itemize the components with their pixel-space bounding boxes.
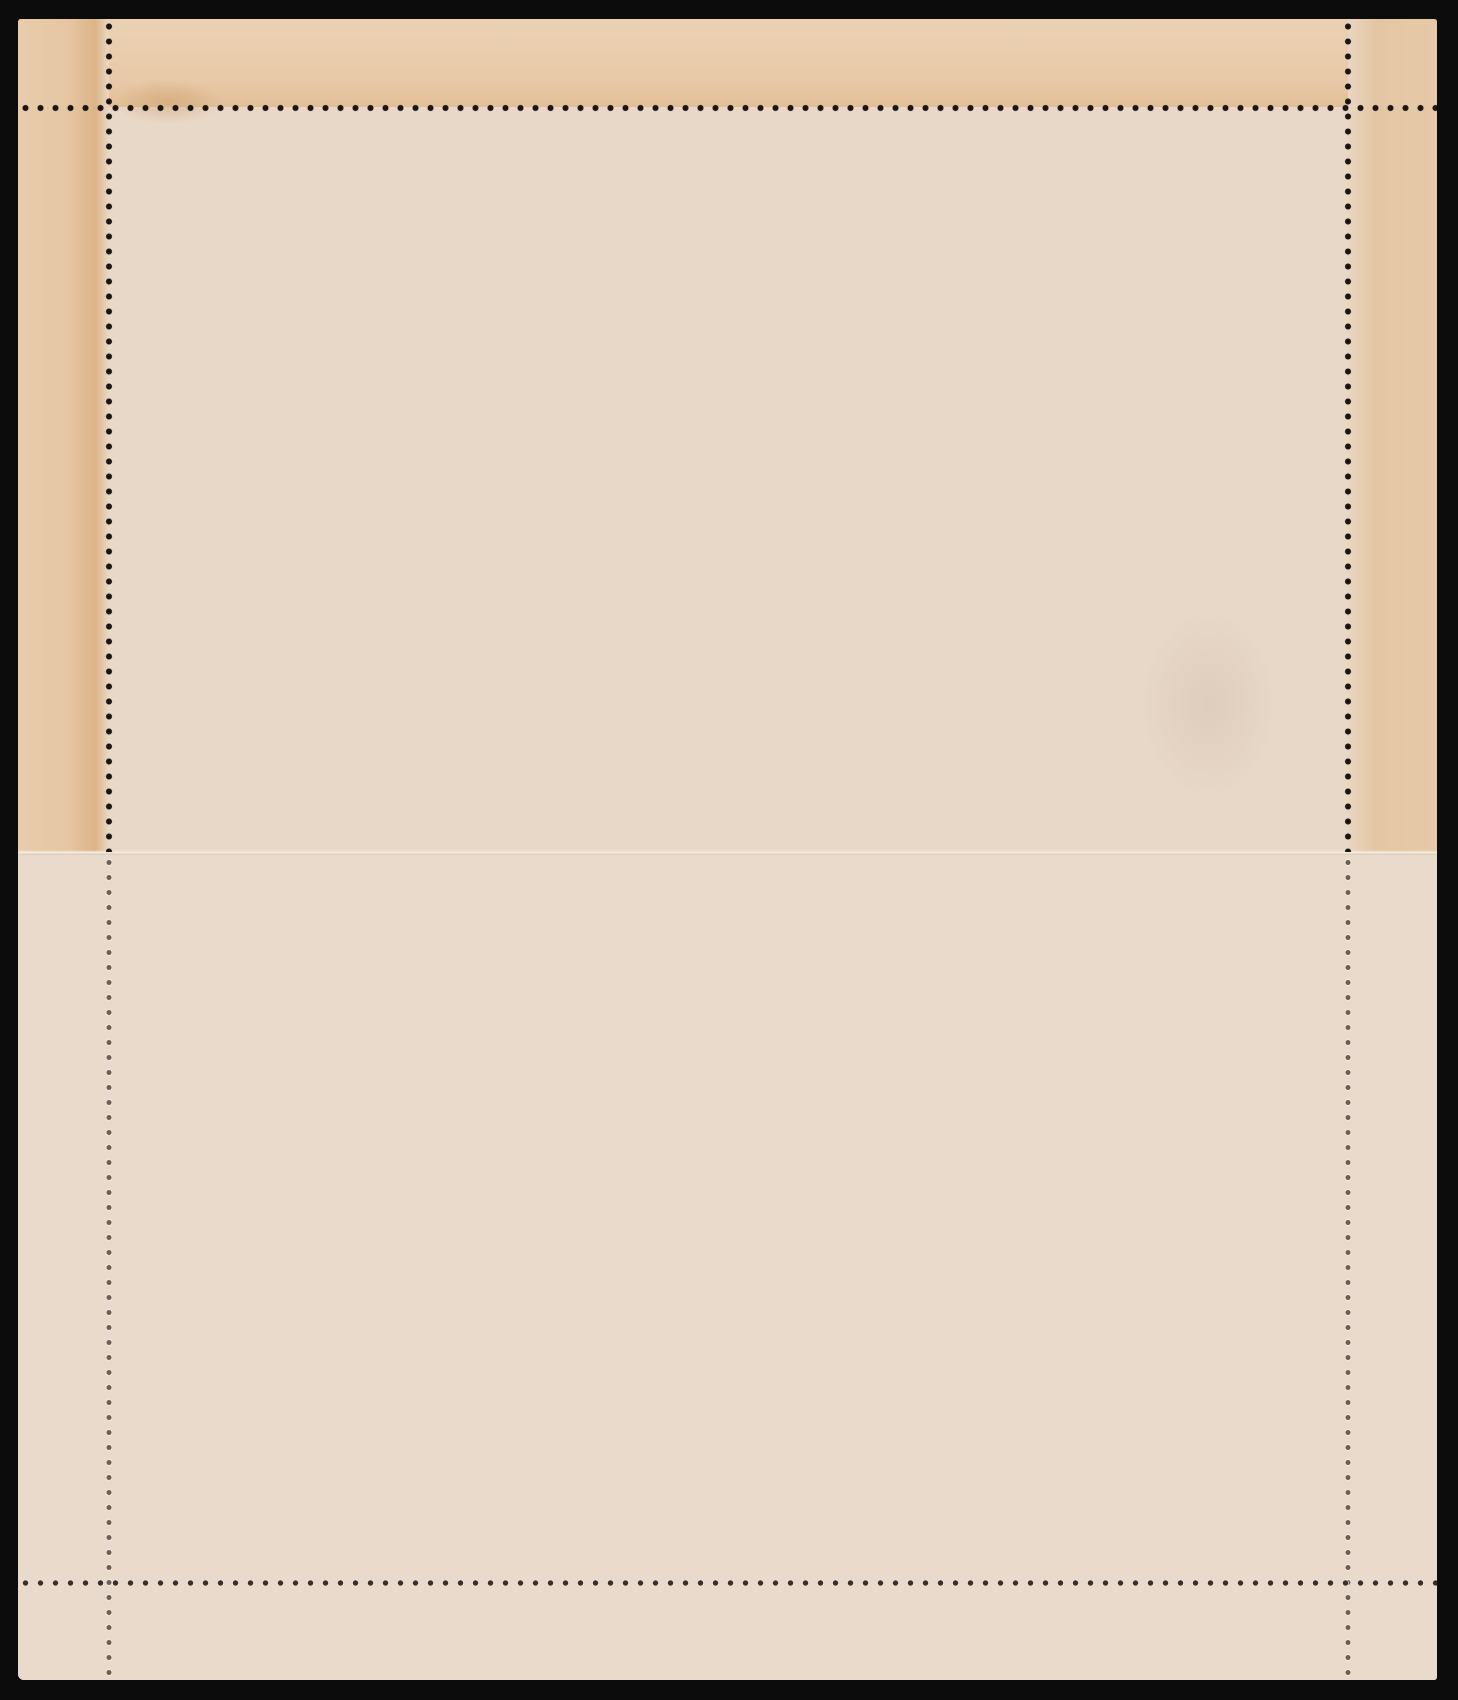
right-perforation-upper	[1344, 19, 1352, 852]
glue-stain	[113, 79, 223, 124]
left-perforation-lower	[105, 855, 113, 1680]
left-gum-strip	[18, 19, 109, 852]
left-perforation-upper	[105, 19, 113, 852]
faint-postmark-smudge	[1138, 609, 1278, 799]
top-perforation	[18, 104, 1437, 112]
top-gum-strip	[18, 19, 1437, 107]
card-lower-half	[18, 855, 1437, 1680]
right-gum-strip	[1348, 19, 1437, 852]
fold-line	[18, 850, 1437, 855]
right-perforation-lower	[1344, 855, 1352, 1680]
bottom-perforation	[18, 1579, 1437, 1587]
letter-card	[18, 19, 1437, 1680]
